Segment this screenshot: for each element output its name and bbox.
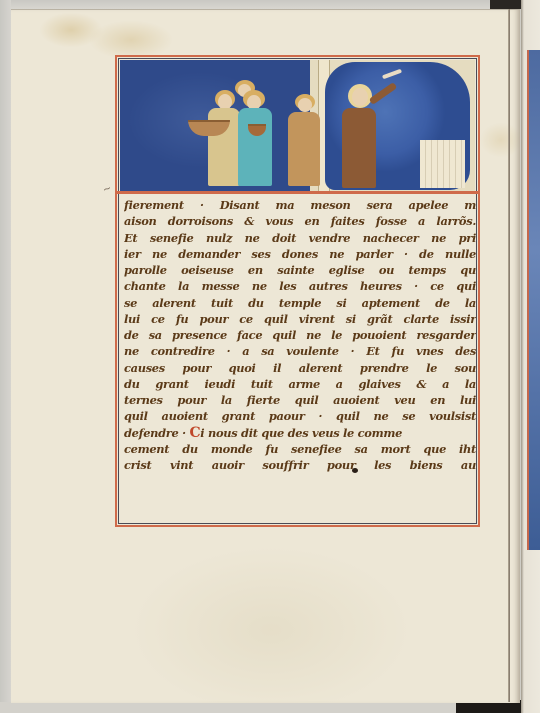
manuscript-text-block: fierement · Disant ma meson sera apelee … — [124, 197, 476, 473]
text-line: de sa presence face quil ne le pouoient … — [124, 327, 476, 343]
scan-background-top — [0, 0, 540, 9]
text-line: se alerent tuit du temple si aptement de… — [124, 295, 476, 311]
text-line: aison dorroisons & vous en faites fosse … — [124, 213, 476, 229]
text-line: Et senefie nulz ne doit vendre nachecer … — [124, 230, 476, 246]
text-line: quil auoient grant paour · quil ne se vo… — [124, 408, 476, 424]
rubric-initial: C — [189, 425, 200, 441]
binding-corner-top — [490, 0, 522, 9]
text-segment: i nous dit que des veus le comme — [200, 426, 402, 440]
page-gutter — [508, 9, 510, 702]
text-segment: defendre · — [124, 426, 189, 440]
text-line: lui ce fu pour ce quil virent si grãt cl… — [124, 311, 476, 327]
text-line: ne contredire · a sa voulente · Et fu vn… — [124, 343, 476, 359]
facing-page-miniature-edge — [527, 50, 540, 550]
text-line: ier ne demander ses dones ne parler · de… — [124, 246, 476, 262]
text-line: ternes pour la fierte quil auoient veu e… — [124, 392, 476, 408]
scan-background-left — [0, 0, 11, 713]
text-line: chante la messe ne les autres heures · c… — [124, 278, 476, 294]
frame-divider — [115, 191, 480, 194]
text-line: parolle oeiseuse en sainte eglise ou tem… — [124, 262, 476, 278]
text-line: cement du monde fu senefiee sa mort que … — [124, 441, 476, 457]
text-line-with-initial: defendre · Ci nous dit que des veus le c… — [124, 425, 476, 441]
ink-blot — [352, 468, 358, 473]
text-line: du grant ieudi tuit arme a glaives & a l… — [124, 376, 476, 392]
text-line: causes pour quoi il alerent prendre le s… — [124, 360, 476, 376]
text-line: crist vint auoir souffrir pour les biens… — [124, 457, 476, 473]
text-line: fierement · Disant ma meson sera apelee … — [124, 197, 476, 213]
